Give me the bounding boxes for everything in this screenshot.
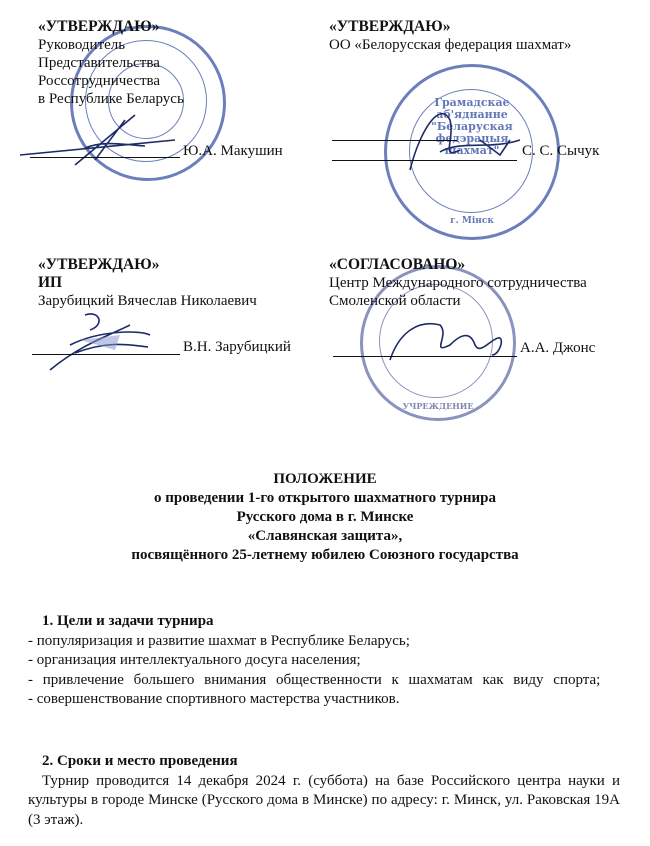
signature-line	[333, 356, 517, 357]
document-title: ПОЛОЖЕНИЕ о проведении 1-го открытого ша…	[0, 470, 650, 565]
approval-header: «УТВЕРЖДАЮ»	[329, 18, 571, 36]
approval-header: «УТВЕРЖДАЮ»	[38, 256, 257, 274]
handwritten-signature-icon	[380, 300, 520, 370]
approval-org-line: Руководитель	[38, 36, 184, 54]
list-item: - привлечение большего внимания обществе…	[28, 671, 620, 691]
approval-org-line: ОО «Белорусская федерация шахмат»	[329, 36, 571, 54]
approval-org-line: Представительства	[38, 54, 184, 72]
signature-line	[332, 160, 517, 161]
signature-line	[30, 157, 180, 158]
list-item: - организация интеллектуального досуга н…	[28, 651, 620, 671]
signatory-name: А.А. Джонс	[520, 340, 595, 357]
section-paragraph: Турнир проводится 14 декабря 2024 г. (су…	[28, 772, 620, 831]
document-subtitle-line: о проведении 1-го открытого шахматного т…	[0, 489, 650, 508]
section-heading: 2. Сроки и место проведения	[28, 752, 620, 772]
section-goals: 1. Цели и задачи турнира - популяризация…	[28, 612, 620, 710]
signatory-name: Ю.А. Макушин	[183, 143, 283, 160]
list-item: - популяризация и развитие шахмат в Респ…	[28, 632, 620, 652]
document-subtitle-line: «Славянская защита»,	[0, 527, 650, 546]
approval-org-line: Центр Международного сотрудничества	[329, 274, 587, 292]
signatory-name: С. С. Сычук	[522, 143, 599, 160]
signature-line	[332, 140, 457, 141]
handwritten-signature-icon	[380, 90, 530, 180]
section-heading: 1. Цели и задачи турнира	[28, 612, 620, 632]
approval-header: «УТВЕРЖДАЮ»	[38, 18, 184, 36]
approval-org-line: Россотрудничества	[38, 72, 184, 90]
signatory-name: В.Н. Зарубицкий	[183, 339, 291, 356]
list-item: - совершенствование спортивного мастерст…	[28, 690, 620, 710]
approval-block-rossotrudnichestvo: «УТВЕРЖДАЮ» Руководитель Представительст…	[38, 18, 184, 108]
signature-line	[32, 354, 180, 355]
approval-org-line: в Республике Беларусь	[38, 90, 184, 108]
approval-block-chess-federation: «УТВЕРЖДАЮ» ОО «Белорусская федерация ша…	[329, 18, 571, 54]
approval-org-line: ИП	[38, 274, 257, 292]
document-subtitle-line: посвящённого 25-летнему юбилею Союзного …	[0, 546, 650, 565]
approval-header: «СОГЛАСОВАНО»	[329, 256, 587, 274]
handwritten-signature-icon	[30, 305, 170, 375]
document-title-main: ПОЛОЖЕНИЕ	[0, 470, 650, 489]
section-dates-venue: 2. Сроки и место проведения Турнир прово…	[28, 752, 620, 830]
document-subtitle-line: Русского дома в г. Минске	[0, 508, 650, 527]
approval-block-individual-entrepreneur: «УТВЕРЖДАЮ» ИП Зарубицкий Вячеслав Никол…	[38, 256, 257, 310]
handwritten-signature-icon	[15, 110, 185, 170]
